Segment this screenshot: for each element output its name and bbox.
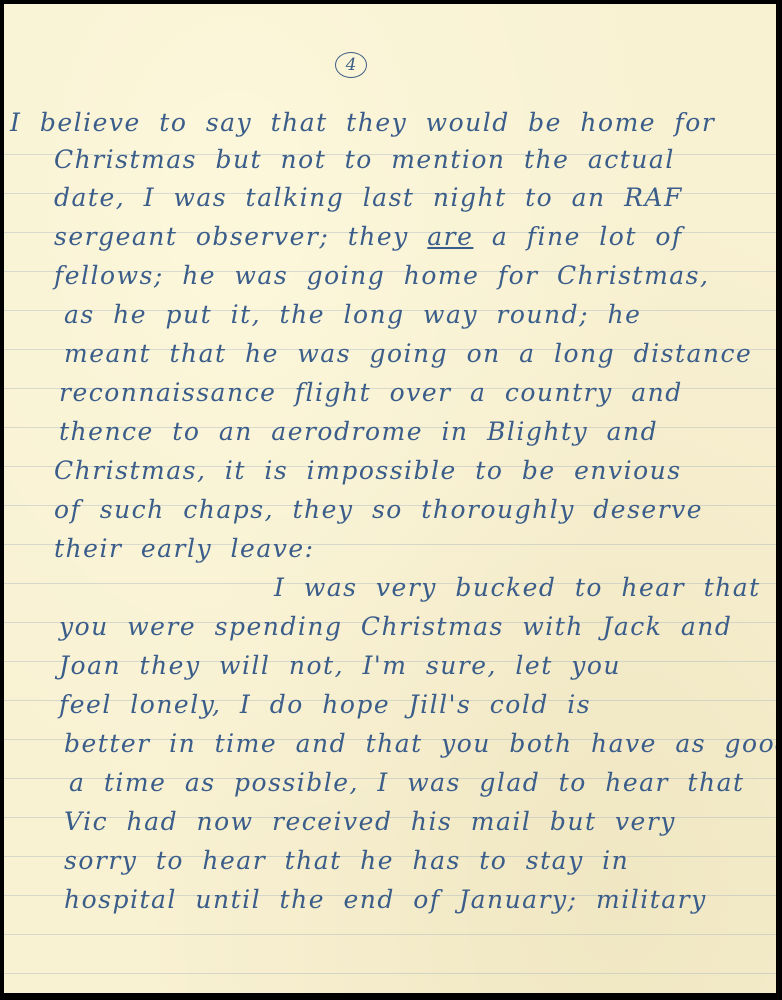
letter-line: reconnaissance flight over a country and [59, 378, 683, 407]
ruled-line [4, 973, 776, 974]
letter-line: Christmas, it is impossible to be enviou… [54, 456, 682, 485]
letter-line: I believe to say that they would be home… [10, 108, 715, 137]
letter-page: 4 I believe to say that they would be ho… [4, 4, 776, 993]
letter-line: meant that he was going on a long distan… [64, 339, 752, 368]
letter-line: feel lonely, I do hope Jill's cold is [59, 690, 591, 719]
letter-line: Joan they will not, I'm sure, let you [59, 651, 621, 680]
letter-line: their early leave: [54, 534, 315, 563]
letter-line: as he put it, the long way round; he [64, 300, 641, 329]
letter-line: thence to an aerodrome in Blighty and [59, 417, 658, 446]
page-number: 4 [335, 52, 367, 78]
letter-line: better in time and that you both have as… [64, 729, 776, 758]
letter-line: fellows; he was going home for Christmas… [54, 261, 709, 290]
letter-line: hospital until the end of January; milit… [64, 885, 707, 914]
letter-line: sergeant observer; they are a fine lot o… [54, 222, 683, 251]
underlined-word: are [427, 222, 473, 251]
letter-line: sorry to hear that he has to stay in [64, 846, 629, 875]
letter-line: Christmas but not to mention the actual [54, 145, 675, 174]
letter-line: date, I was talking last night to an RAF [54, 183, 683, 212]
ruled-line [4, 934, 776, 935]
letter-line: a time as possible, I was glad to hear t… [69, 768, 745, 797]
letter-line: of such chaps, they so thoroughly deserv… [54, 495, 703, 524]
letter-line: I was very bucked to hear that [274, 573, 761, 602]
letter-line: Vic had now received his mail but very [64, 807, 676, 836]
letter-line: you were spending Christmas with Jack an… [59, 612, 732, 641]
